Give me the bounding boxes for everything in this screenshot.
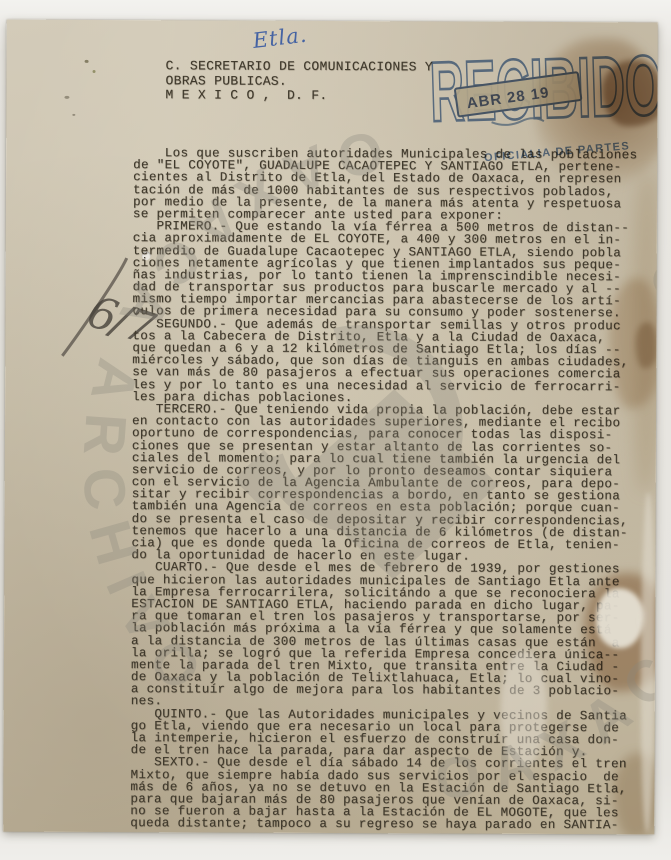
paper-speck xyxy=(64,96,69,99)
recipient-block: C. SECRETARIO DE COMUNICACIONES YOBRAS P… xyxy=(165,59,433,104)
recipient-line: M E X I C O , D. F. xyxy=(165,88,432,104)
document-body: Los que suscriben autoridades Municipale… xyxy=(130,147,637,832)
stain-right-spot xyxy=(635,322,657,368)
paper-speck xyxy=(93,70,96,73)
text-line: a constituír algo de mejora para los hab… xyxy=(131,683,635,697)
stain-top-right-core xyxy=(602,60,657,126)
text-line: queda distante; tampoco a su regreso se … xyxy=(130,817,634,831)
paper-speck xyxy=(85,60,89,63)
paper-speck xyxy=(72,114,75,116)
document-page: 6/7 Etla. C. SECRETARIO DE COMUNICACIONE… xyxy=(3,20,658,835)
